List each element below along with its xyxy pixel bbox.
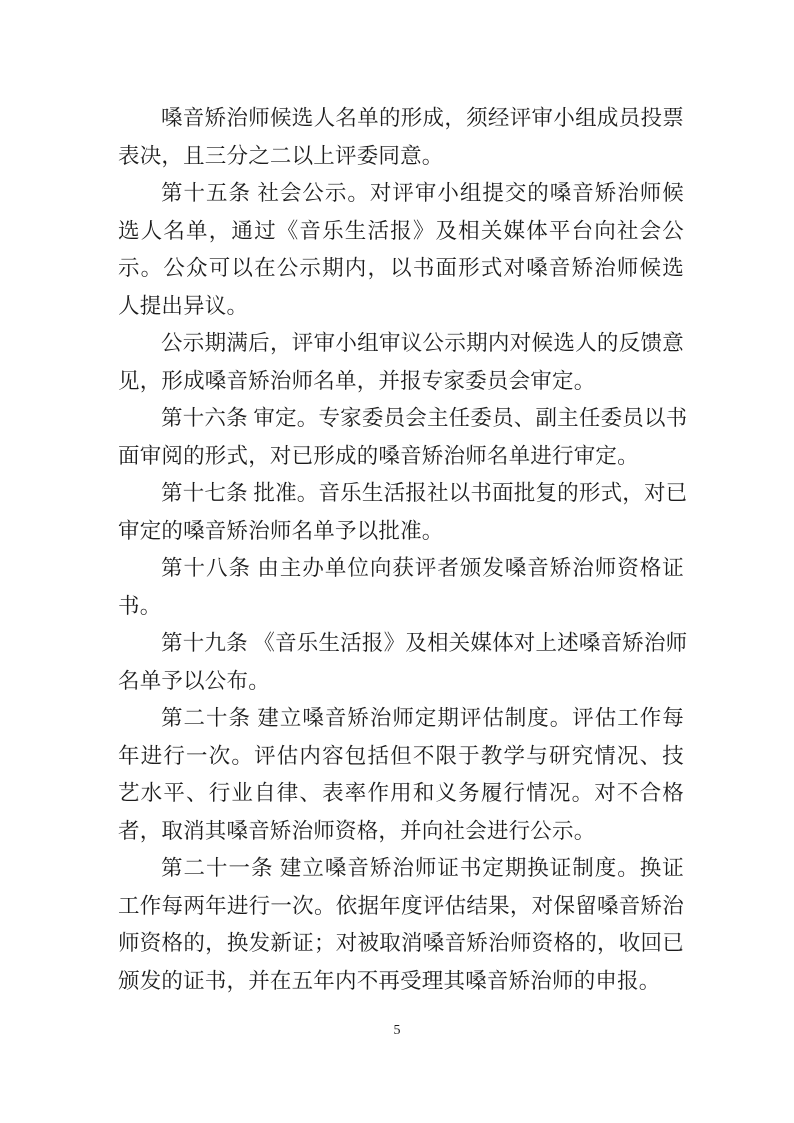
page-number: 5	[394, 1023, 401, 1038]
paragraph: 第十八条 由主办单位向获评者颁发嗓音矫治师资格证书。	[118, 550, 684, 625]
text-line: 第二十条 建立嗓音矫治师定期评估制度。评估工作每	[118, 700, 684, 738]
paragraph: 第十九条 《音乐生活报》及相关媒体对上述嗓音矫治师名单予以公布。	[118, 625, 684, 700]
paragraph: 第十六条 审定。专家委员会主任委员、副主任委员以书面审阅的形式，对已形成的嗓音矫…	[118, 400, 684, 475]
paragraph: 第二十一条 建立嗓音矫治师证书定期换证制度。换证工作每两年进行一次。依据年度评估…	[118, 850, 684, 1000]
paragraph: 第十七条 批准。音乐生活报社以书面批复的形式，对已审定的嗓音矫治师名单予以批准。	[118, 475, 684, 550]
text-line: 第十六条 审定。专家委员会主任委员、副主任委员以书	[118, 400, 684, 438]
text-line: 第十八条 由主办单位向获评者颁发嗓音矫治师资格证	[118, 550, 684, 588]
page-footer: 5	[0, 1021, 794, 1039]
document-page: 嗓音矫治师候选人名单的形成，须经评审小组成员投票表决，且三分之二以上评委同意。第…	[0, 0, 794, 1123]
text-line: 人提出异议。	[118, 288, 684, 326]
paragraph: 第十五条 社会公示。对评审小组提交的嗓音矫治师候选人名单，通过《音乐生活报》及相…	[118, 175, 684, 325]
text-line: 见，形成嗓音矫治师名单，并报专家委员会审定。	[118, 363, 684, 401]
text-line: 颁发的证书，并在五年内不再受理其嗓音矫治师的申报。	[118, 963, 684, 1001]
document-body: 嗓音矫治师候选人名单的形成，须经评审小组成员投票表决，且三分之二以上评委同意。第…	[118, 100, 684, 1000]
text-line: 公示期满后，评审小组审议公示期内对候选人的反馈意	[118, 325, 684, 363]
paragraph: 嗓音矫治师候选人名单的形成，须经评审小组成员投票表决，且三分之二以上评委同意。	[118, 100, 684, 175]
text-line: 师资格的，换发新证；对被取消嗓音矫治师资格的，收回已	[118, 925, 684, 963]
text-line: 选人名单，通过《音乐生活报》及相关媒体平台向社会公	[118, 213, 684, 251]
text-line: 嗓音矫治师候选人名单的形成，须经评审小组成员投票	[118, 100, 684, 138]
text-line: 年进行一次。评估内容包括但不限于教学与研究情况、技	[118, 738, 684, 776]
text-line: 表决，且三分之二以上评委同意。	[118, 138, 684, 176]
text-line: 艺水平、行业自律、表率作用和义务履行情况。对不合格	[118, 775, 684, 813]
text-line: 审定的嗓音矫治师名单予以批准。	[118, 513, 684, 551]
text-line: 第十五条 社会公示。对评审小组提交的嗓音矫治师候	[118, 175, 684, 213]
text-line: 第十七条 批准。音乐生活报社以书面批复的形式，对已	[118, 475, 684, 513]
text-line: 者，取消其嗓音矫治师资格，并向社会进行公示。	[118, 813, 684, 851]
text-line: 书。	[118, 588, 684, 626]
text-line: 面审阅的形式，对已形成的嗓音矫治师名单进行审定。	[118, 438, 684, 476]
text-line: 第二十一条 建立嗓音矫治师证书定期换证制度。换证	[118, 850, 684, 888]
text-line: 工作每两年进行一次。依据年度评估结果，对保留嗓音矫治	[118, 888, 684, 926]
paragraph: 公示期满后，评审小组审议公示期内对候选人的反馈意见，形成嗓音矫治师名单，并报专家…	[118, 325, 684, 400]
text-line: 示。公众可以在公示期内，以书面形式对嗓音矫治师候选	[118, 250, 684, 288]
text-line: 名单予以公布。	[118, 663, 684, 701]
text-line: 第十九条 《音乐生活报》及相关媒体对上述嗓音矫治师	[118, 625, 684, 663]
paragraph: 第二十条 建立嗓音矫治师定期评估制度。评估工作每年进行一次。评估内容包括但不限于…	[118, 700, 684, 850]
